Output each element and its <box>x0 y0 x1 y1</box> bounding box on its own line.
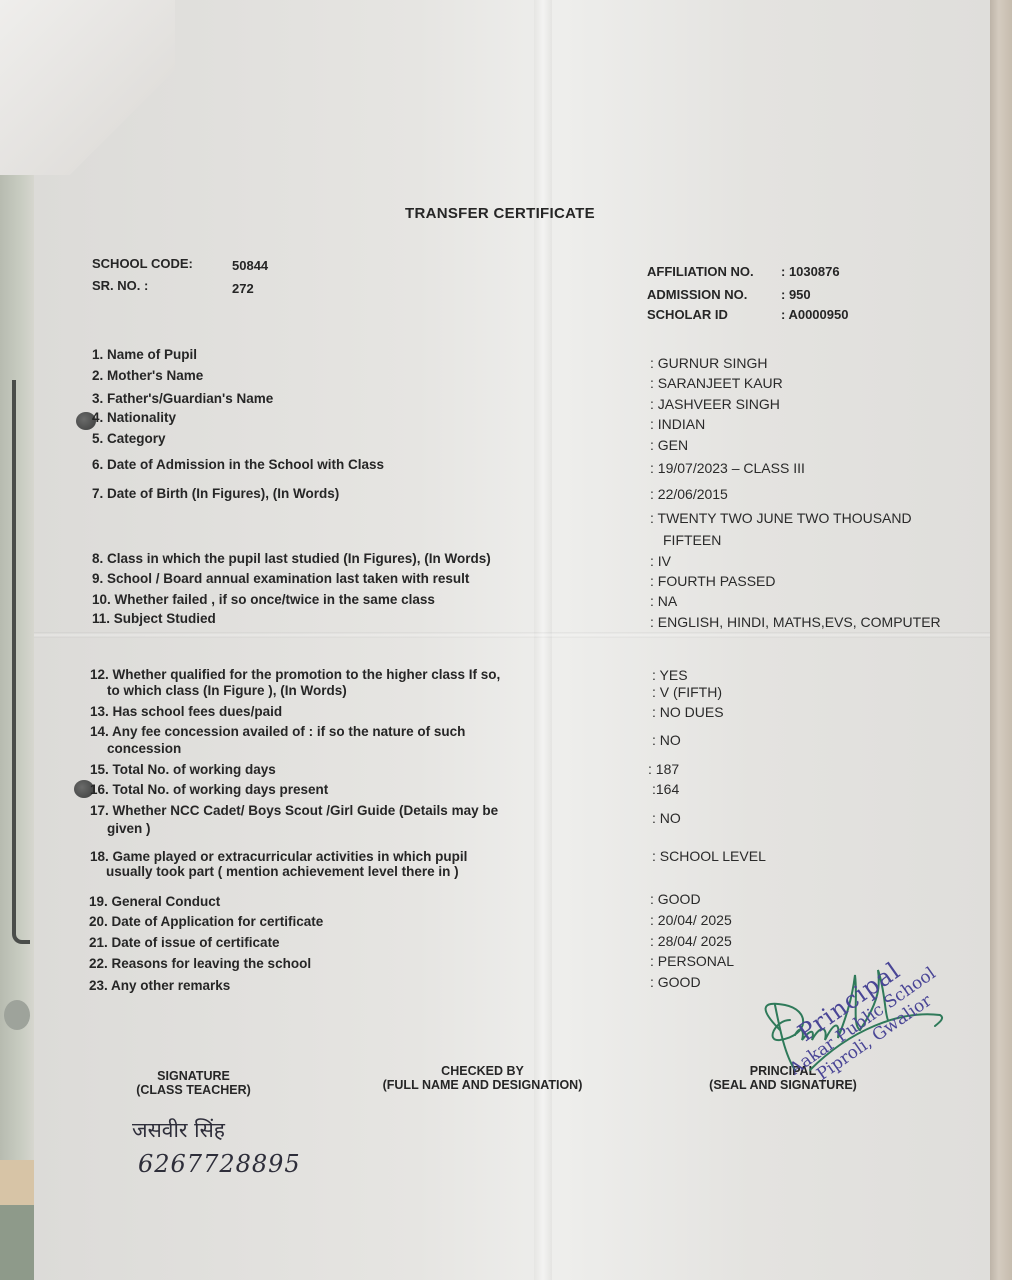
field-value: : GOOD <box>650 891 701 907</box>
field-label: 21. Date of issue of certificate <box>89 935 280 950</box>
field-value: : NO <box>652 732 681 748</box>
field-value-words: : TWENTY TWO JUNE TWO THOUSAND <box>650 510 912 526</box>
field-label: 15. Total No. of working days <box>90 762 276 777</box>
field-value: : YES <box>652 667 688 683</box>
class-teacher-handwritten-phone: 6267728895 <box>138 1150 301 1178</box>
field-label: 4. Nationality <box>92 410 176 425</box>
field-value: : NA <box>650 593 677 609</box>
field-value: : IV <box>650 553 671 569</box>
field-value: : GEN <box>650 437 688 453</box>
field-value: : 19/07/2023 – CLASS III <box>650 460 805 476</box>
field-label-cont: given ) <box>107 821 151 836</box>
field-label: 2. Mother's Name <box>92 368 203 383</box>
field-value: : GURNUR SINGH <box>650 355 767 371</box>
class-teacher-handwritten-name: जसवीर सिंह <box>132 1116 225 1144</box>
checked-by-line1: CHECKED BY <box>375 1064 590 1078</box>
field-value: :164 <box>652 781 679 797</box>
field-label: 13. Has school fees dues/paid <box>90 704 282 719</box>
field-label-cont: usually took part ( mention achievement … <box>106 864 459 879</box>
affiliation-no-label: AFFILIATION NO. <box>647 264 754 279</box>
field-value-cont: : V (FIFTH) <box>652 684 722 700</box>
field-value-words-cont: FIFTEEN <box>663 532 721 548</box>
field-value: : INDIAN <box>650 416 705 432</box>
field-label: 9. School / Board annual examination las… <box>92 571 469 586</box>
field-label: 7. Date of Birth (In Figures), (In Words… <box>92 486 339 501</box>
scholar-id-label: SCHOLAR ID <box>647 307 728 322</box>
field-value: : NO <box>652 810 681 826</box>
signature-label-line1: SIGNATURE <box>131 1069 256 1083</box>
scholar-id-value: : A0000950 <box>781 307 848 322</box>
field-label: 17. Whether NCC Cadet/ Boys Scout /Girl … <box>90 803 498 818</box>
field-label: 6. Date of Admission in the School with … <box>92 457 384 472</box>
field-value: : 22/06/2015 <box>650 486 728 502</box>
field-value: : 20/04/ 2025 <box>650 912 732 928</box>
field-value: : SARANJEET KAUR <box>650 375 783 391</box>
field-label: 8. Class in which the pupil last studied… <box>92 551 491 566</box>
field-value: : GOOD <box>650 974 701 990</box>
field-label: 23. Any other remarks <box>89 978 230 993</box>
field-value: : JASHVEER SINGH <box>650 396 780 412</box>
school-code-label: SCHOOL CODE: <box>92 256 193 271</box>
field-label: 19. General Conduct <box>89 894 220 909</box>
field-label: 18. Game played or extracurricular activ… <box>90 849 467 864</box>
field-label: 1. Name of Pupil <box>92 347 197 362</box>
field-value: : FOURTH PASSED <box>650 573 776 589</box>
field-label: 11. Subject Studied <box>92 611 216 626</box>
field-label: 16. Total No. of working days present <box>90 782 328 797</box>
field-label: 5. Category <box>92 431 166 446</box>
field-label: 10. Whether failed , if so once/twice in… <box>92 592 435 607</box>
field-value: : NO DUES <box>652 704 724 720</box>
admission-no-label: ADMISSION NO. <box>647 287 747 302</box>
admission-no-value: : 950 <box>781 287 811 302</box>
school-code-value: 50844 <box>232 258 268 273</box>
document-title: TRANSFER CERTIFICATE <box>405 205 595 222</box>
sr-no-value: 272 <box>232 281 254 296</box>
field-value: : SCHOOL LEVEL <box>652 848 766 864</box>
checked-by-line2: (FULL NAME AND DESIGNATION) <box>375 1078 590 1092</box>
field-label: 3. Father's/Guardian's Name <box>92 391 273 406</box>
field-value: : ENGLISH, HINDI, MATHS,EVS, COMPUTER <box>650 614 941 630</box>
field-value: : 187 <box>648 761 679 777</box>
field-value: : PERSONAL <box>650 953 734 969</box>
sr-no-label: SR. NO. : <box>92 278 148 293</box>
transfer-certificate: TRANSFER CERTIFICATE SCHOOL CODE: 50844 … <box>0 0 1012 1280</box>
field-label: 12. Whether qualified for the promotion … <box>90 667 500 682</box>
field-label-cont: concession <box>107 741 181 756</box>
field-label: 22. Reasons for leaving the school <box>89 956 311 971</box>
field-label: 14. Any fee concession availed of : if s… <box>90 724 465 739</box>
field-label-cont: to which class (In Figure ), (In Words) <box>107 683 347 698</box>
affiliation-no-value: : 1030876 <box>781 264 840 279</box>
checked-by-label: CHECKED BY (FULL NAME AND DESIGNATION) <box>375 1064 590 1092</box>
field-label: 20. Date of Application for certificate <box>89 914 323 929</box>
class-teacher-signature-label: SIGNATURE (CLASS TEACHER) <box>131 1069 256 1097</box>
signature-label-line2: (CLASS TEACHER) <box>131 1083 256 1097</box>
field-value: : 28/04/ 2025 <box>650 933 732 949</box>
